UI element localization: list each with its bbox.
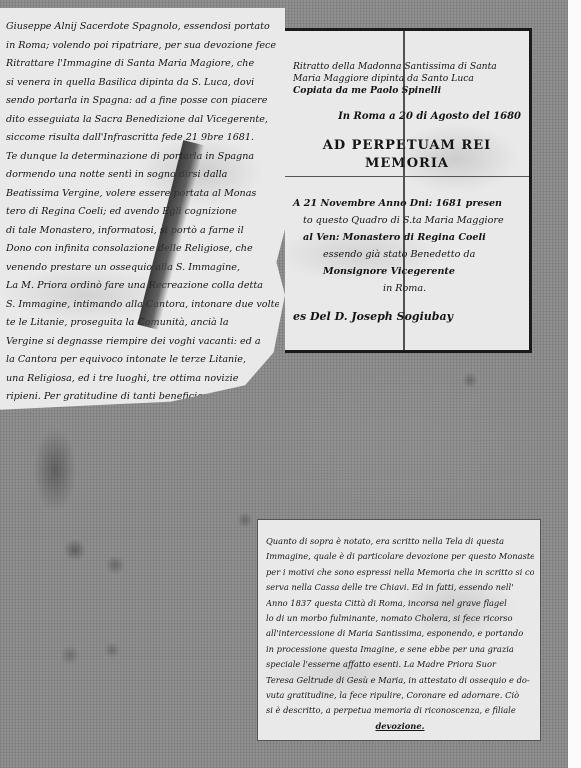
header-line: Copiata da me Paolo Spinelli <box>293 85 521 97</box>
fold-line-horizontal <box>285 176 529 177</box>
header-line: Ritratto della Madonna Santissima di San… <box>293 61 521 73</box>
text-line: all'intercessione di Maria Santissima, e… <box>266 626 534 641</box>
memoria-sheet: Ritratto della Madonna Santissima di San… <box>285 28 532 353</box>
body-line: Monsignore Vicegerente <box>293 263 521 280</box>
text-line: si venera in quella Basilica dipinta da … <box>6 74 279 93</box>
text-line: La M. Priora ordinò fare una Recreazione… <box>6 277 279 296</box>
text-line: in Roma; volendo poi ripatriare, per sua… <box>6 37 279 56</box>
closing-word: devozione. <box>266 719 534 734</box>
text-line: si è descritto, a perpetua memoria di ri… <box>266 703 534 718</box>
body-line: al Ven: Monastero di Regina Coeli <box>293 229 521 246</box>
memoria-body: A 21 Novembre Anno Dni: 1681 presen to q… <box>293 195 521 297</box>
bottom-note-sheet: Quanto di sopra è notato, era scritto ne… <box>257 519 541 741</box>
text-line: una Religiosa, ed i tre luoghi, tre otti… <box>6 370 279 389</box>
text-line: dormendo una notte sentì in sogno dirsi … <box>6 166 279 185</box>
body-line: in Roma. <box>293 280 521 297</box>
title-line: AD PERPETUAM REI <box>293 137 521 155</box>
text-line: Teresa Geltrude di Gesù e Maria, in atte… <box>266 673 534 688</box>
text-line: venendo prestare un ossequio alla S. Imm… <box>6 259 279 278</box>
text-line: la Cantora per equivoco intonate le terz… <box>6 351 279 370</box>
text-line: per i motivi che sono espressi nella Mem… <box>266 565 534 580</box>
header-line: Maria Maggiore dipinta da Santo Luca <box>293 73 521 85</box>
text-line: siccome risulta dall'Infrascritta fede 2… <box>6 129 279 148</box>
sheet-header: Ritratto della Madonna Santissima di San… <box>293 61 521 97</box>
text-line: Dono con infinita consolazione delle Rel… <box>6 240 279 259</box>
fold-line-vertical <box>403 31 405 350</box>
text-line: Beatissima Vergine, volere essere portat… <box>6 185 279 204</box>
text-line: sendo portarla in Spagna: ad a fine poss… <box>6 92 279 111</box>
body-line: to questo Quadro di S.ta Maria Maggiore <box>293 212 521 229</box>
photo-margin <box>568 0 581 768</box>
memoria-title: AD PERPETUAM REI MEMORIA <box>293 137 521 173</box>
text-line: tero di Regina Coeli; ed avendo Egli cog… <box>6 203 279 222</box>
text-line: in processione questa Imagine, e sene eb… <box>266 642 534 657</box>
text-line: Ritrattare l'Immagine di Santa Maria Mag… <box>6 55 279 74</box>
text-line: lo di un morbo fulminante, nomato Choler… <box>266 611 534 626</box>
text-line: speciale l'esserne affatto esenti. La Ma… <box>266 657 534 672</box>
text-line: Anno 1837 questa Città di Roma, incorsa … <box>266 596 534 611</box>
text-line: Immagine, quale è di particolare devozio… <box>266 549 534 564</box>
body-line: A 21 Novembre Anno Dni: 1681 presen <box>293 195 521 212</box>
text-line: vuta gratitudine, la fece ripulire, Coro… <box>266 688 534 703</box>
text-line: Giuseppe Alnij Sacerdote Spagnolo, essen… <box>6 18 279 37</box>
signature: es Del D. Joseph Sogiubay <box>293 311 521 323</box>
text-line: Te dunque la determinazione di portarla … <box>6 148 279 167</box>
title-line: MEMORIA <box>293 155 521 173</box>
text-line: serva nella Cassa delle tre Chiavi. Ed i… <box>266 580 534 595</box>
body-line: essendo già stato Benedetto da <box>293 246 521 263</box>
left-handwritten-sheet: Giuseppe Alnij Sacerdote Spagnolo, essen… <box>0 8 285 418</box>
place-date: In Roma a 20 di Agosto del 1680 <box>293 111 521 123</box>
text-line: Quanto di sopra è notato, era scritto ne… <box>266 534 534 549</box>
text-line: di tale Monastero, informatosi, si portò… <box>6 222 279 241</box>
text-line: dito esseguiata la Sacra Benedizione dal… <box>6 111 279 130</box>
text-line: Vergine si degnasse riempire dei voghi v… <box>6 333 279 352</box>
